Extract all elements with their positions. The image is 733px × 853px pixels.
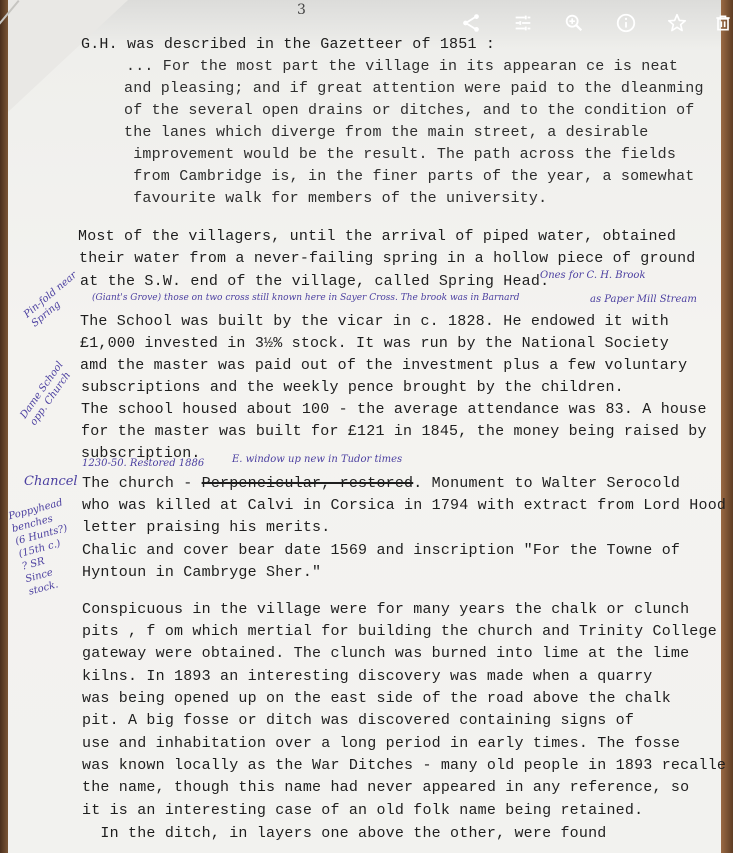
doc-line: In the ditch, in layers one above the ot… bbox=[82, 825, 606, 843]
doc-line: at the S.W. end of the village, called S… bbox=[80, 273, 549, 291]
adjust-button[interactable] bbox=[507, 7, 539, 39]
info-icon bbox=[615, 12, 637, 34]
trash-icon bbox=[713, 12, 733, 34]
doc-line: subscriptions and the weekly pence broug… bbox=[81, 379, 624, 397]
doc-line: Most of the villagers, until the arrival… bbox=[78, 228, 676, 246]
share-button[interactable] bbox=[455, 7, 487, 39]
photo-viewer: 3 G.H. was described in the Gazetteer of… bbox=[0, 0, 733, 853]
doc-line: for the master was built for £121 in 184… bbox=[81, 423, 707, 441]
info-button[interactable] bbox=[610, 7, 642, 39]
doc-line: was known locally as the War Ditches - m… bbox=[82, 757, 726, 775]
table-surface-left bbox=[0, 0, 8, 853]
inline-note-spring-3: as Paper Mill Stream bbox=[590, 294, 697, 306]
doc-line: ... For the most part the village in its… bbox=[126, 58, 678, 76]
doc-line: Conspicuous in the village were for many… bbox=[82, 601, 689, 619]
inline-note-spring-1: Ones for C. H. Brook bbox=[540, 270, 646, 282]
doc-line: their water from a never-failing spring … bbox=[79, 250, 696, 268]
doc-line: amd the master was paid out of the inves… bbox=[80, 357, 687, 375]
page-number: 3 bbox=[297, 2, 306, 18]
doc-line: kilns. In 1893 an interesting discovery … bbox=[82, 668, 653, 686]
doc-line: who was killed at Calvi in Corsica in 17… bbox=[82, 497, 726, 515]
doc-line: from Cambridge is, in the finer parts of… bbox=[124, 168, 695, 186]
doc-line: pits , f om which mertial for building t… bbox=[82, 623, 717, 641]
star-icon bbox=[666, 12, 688, 34]
delete-button[interactable] bbox=[713, 7, 733, 39]
doc-line: The School was built by the vicar in c. … bbox=[80, 313, 669, 331]
doc-line: the name, though this name had never app… bbox=[82, 779, 689, 797]
struck-text: Perpeneicular, restored bbox=[202, 475, 414, 492]
doc-line: and pleasing; and if great attention wer… bbox=[124, 80, 704, 98]
inline-note-spring-2: (Giant's Grove) those on two cross still… bbox=[92, 292, 520, 304]
viewer-toolbar bbox=[443, 0, 733, 46]
inline-note-east-window: E. window up new in Tudor times bbox=[232, 454, 402, 466]
doc-line: was being opened up on the east side of … bbox=[82, 690, 671, 708]
doc-line: Chalic and cover bear date 1569 and insc… bbox=[82, 542, 680, 560]
doc-line: use and inhabitation over a long period … bbox=[82, 735, 680, 753]
underlying-sheet-corner bbox=[8, 0, 128, 112]
inline-note-chancel-dates: 1230-50. Restored 1886 bbox=[82, 458, 204, 470]
doc-line: it is an interesting case of an old folk… bbox=[82, 802, 643, 820]
zoom-in-icon bbox=[563, 12, 585, 34]
doc-line-church: The church - Perpeneicular, restored. Mo… bbox=[82, 475, 680, 493]
margin-note-chancel: Chancel bbox=[24, 476, 78, 488]
doc-line: The school housed about 100 - the averag… bbox=[81, 401, 707, 419]
doc-line: Hyntoun in Cambryge Sher." bbox=[82, 564, 321, 582]
table-surface-right bbox=[721, 0, 733, 853]
tune-icon bbox=[512, 12, 534, 34]
church-prefix: The church - bbox=[82, 475, 202, 492]
doc-line: improvement would be the result. The pat… bbox=[124, 146, 676, 164]
doc-line: pit. A big fosse or ditch was discovered… bbox=[82, 712, 634, 730]
favorite-button[interactable] bbox=[661, 7, 693, 39]
doc-line: £1,000 invested in 3½% stock. It was run… bbox=[80, 335, 669, 353]
zoom-button[interactable] bbox=[558, 7, 590, 39]
doc-line: letter praising his merits. bbox=[82, 519, 330, 537]
doc-line: the lanes which diverge from the main st… bbox=[124, 124, 648, 142]
share-icon bbox=[460, 12, 482, 34]
doc-line: of the several open drains or ditches, a… bbox=[124, 102, 695, 120]
doc-line: favourite walk for members of the univer… bbox=[124, 190, 547, 208]
doc-line: gateway were obtained. The clunch was bu… bbox=[82, 645, 689, 663]
doc-line: G.H. was described in the Gazetteer of 1… bbox=[81, 36, 495, 54]
church-suffix: . Monument to Walter Serocold bbox=[413, 475, 680, 492]
